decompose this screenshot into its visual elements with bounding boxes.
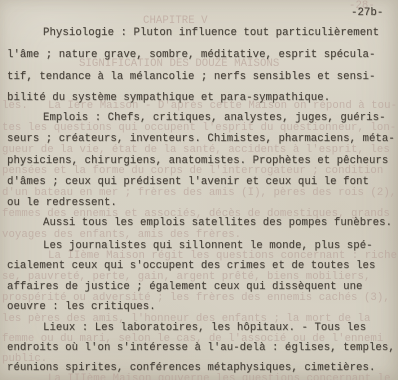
typed-text-layer: Physiologie : Pluton influence tout part… [0,0,398,380]
typed-line: Lieux : Les laboratoires, les hôpitaux. … [43,322,366,334]
typed-line: Aussi tous les emplois satellites des po… [43,217,392,229]
scanned-typewritten-page: -28-CHAPITRE VSIGNIFICATION DES DOUZE MA… [0,0,398,380]
typed-line: réunions spirites, conférences métaphysi… [7,362,375,374]
typed-line: tif, tendance à la mélancolie ; nerfs se… [7,71,375,83]
typed-line: d'âmes ; ceux qui prédisent l'avenir et … [7,176,369,188]
typed-line: physiciens, chirurgiens, anatomistes. Pr… [7,155,388,167]
typed-line: endroits où l'on s'intéresse à l'au-delà… [7,342,395,354]
typed-line: affaires de justice ; également ceux qui… [7,281,363,293]
typed-line: bilité du système sympathique et para-sy… [7,92,330,104]
typed-line: oeuvre : les critiques. [7,301,156,313]
typed-line: seurs ; créateurs, inventeurs. Chimistes… [7,133,395,145]
typed-line: Les journalistes qui sillonnent le monde… [43,240,373,252]
typed-line: l'âme ; nature grave, sombre, méditative… [7,49,375,61]
typed-line: Physiologie : Pluton influence tout part… [43,27,379,39]
typed-line: ou le redressent. [7,197,117,209]
page-number: -27b- [351,7,383,19]
typed-line: Emplois : Chefs, critiques, analystes, j… [43,112,386,124]
typed-line: cialement ceux qui s'occupent des crimes… [7,260,375,272]
